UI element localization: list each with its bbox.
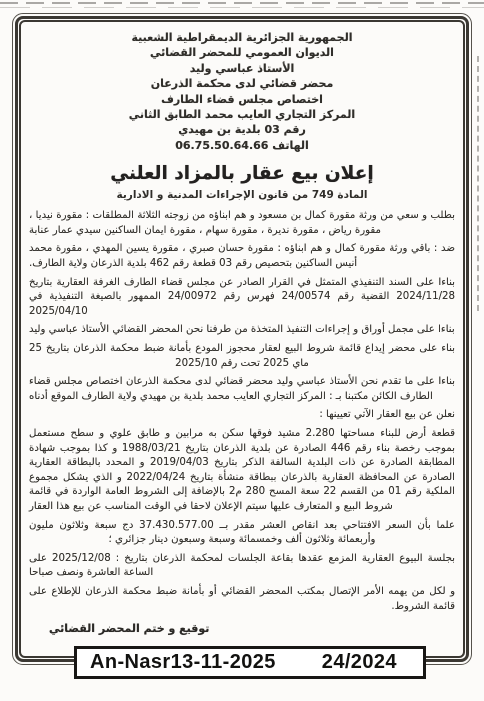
signature-and-seal-line: توقيع و ختم المحضر القضائي — [27, 618, 457, 635]
header-line-office: الديوان العمومي للمحضر القضائي — [27, 45, 457, 60]
page-subtitle-legal-article: المادة 749 من قانون الإجراءات المدنية و … — [27, 189, 457, 202]
body-paragraph-bailiff-statement: بناءا على ما تقدم نحن الأستاذ عباسي وليد… — [29, 375, 455, 404]
publication-source-date: An-Nasr13-11-2025 — [90, 651, 276, 674]
scanned-auction-notice: الجمهورية الجزائرية الديمقراطية الشعبية … — [0, 0, 484, 701]
page-title: إعلان بيع عقار بالمزاد العلني — [27, 162, 457, 186]
body-paragraph-opening-price: علما بأن السعر الافتتاحي بعد انقاص العشر… — [29, 519, 455, 548]
publication-reference-number: 24/2024 — [322, 651, 397, 674]
header-line-country: الجمهورية الجزائرية الديمقراطية الشعبية — [27, 30, 457, 45]
publication-stamp-bar: An-Nasr13-11-2025 24/2024 — [74, 646, 426, 679]
header-line-jurisdiction: اختصاص مجلس قضاء الطارف — [27, 92, 457, 107]
body-paragraph-property-description: قطعة أرض للبناء مساحتها 2.280 مشيد فوقها… — [29, 427, 455, 515]
document-border-frame: الجمهورية الجزائرية الديمقراطية الشعبية … — [12, 13, 472, 665]
scan-artifact-top-streak — [0, 2, 484, 4]
notice-body: بطلب و سعي من ورثة مقورة كمال بن مسعود و… — [27, 209, 457, 614]
body-paragraph-auction-session: بجلسة البيوع العقارية المزمع عقدها بقاعة… — [29, 552, 455, 581]
document-page: الجمهورية الجزائرية الديمقراطية الشعبية … — [19, 20, 465, 658]
header-line-address-number: رقم 03 بلدية بن مهيدي — [27, 122, 457, 137]
header-line-bailiff-name: الأستاذ عباسي وليد — [27, 61, 457, 76]
document-border-frame-middle: الجمهورية الجزائرية الديمقراطية الشعبية … — [15, 16, 469, 662]
scan-artifact-top-streak-2 — [0, 7, 484, 8]
body-paragraph-announce-line: نعلن عن بيع العقار الآتي تعيينها : — [29, 408, 455, 423]
scan-artifact-right-dashes — [477, 56, 479, 311]
header-line-court: محضر قضائي لدى محكمة الذرعان — [27, 76, 457, 91]
body-paragraph-procedure-docs: بناءا على مجمل أوراق و إجراءات التنفيذ ا… — [29, 323, 455, 338]
body-paragraph-petitioners: بطلب و سعي من ورثة مقورة كمال بن مسعود و… — [29, 209, 455, 238]
body-paragraph-contact-info: و لكل من يهمه الأمر الإتصال بمكتب المحضر… — [29, 585, 455, 614]
body-paragraph-respondents: ضد : باقي ورثة مقورة كمال و هم ابناؤه : … — [29, 242, 455, 271]
body-paragraph-deposit-report: بناء على محضر إيداع قائمة شروط البيع لعق… — [29, 342, 455, 371]
body-paragraph-executive-title: بناءا على السند التنفيذي المتمثل في القر… — [29, 276, 455, 320]
header-line-phone: الهاتف 06.75.50.64.66 — [27, 138, 457, 153]
header-line-address: المركز التجاري العايب محمد الطابق الثاني — [27, 107, 457, 122]
